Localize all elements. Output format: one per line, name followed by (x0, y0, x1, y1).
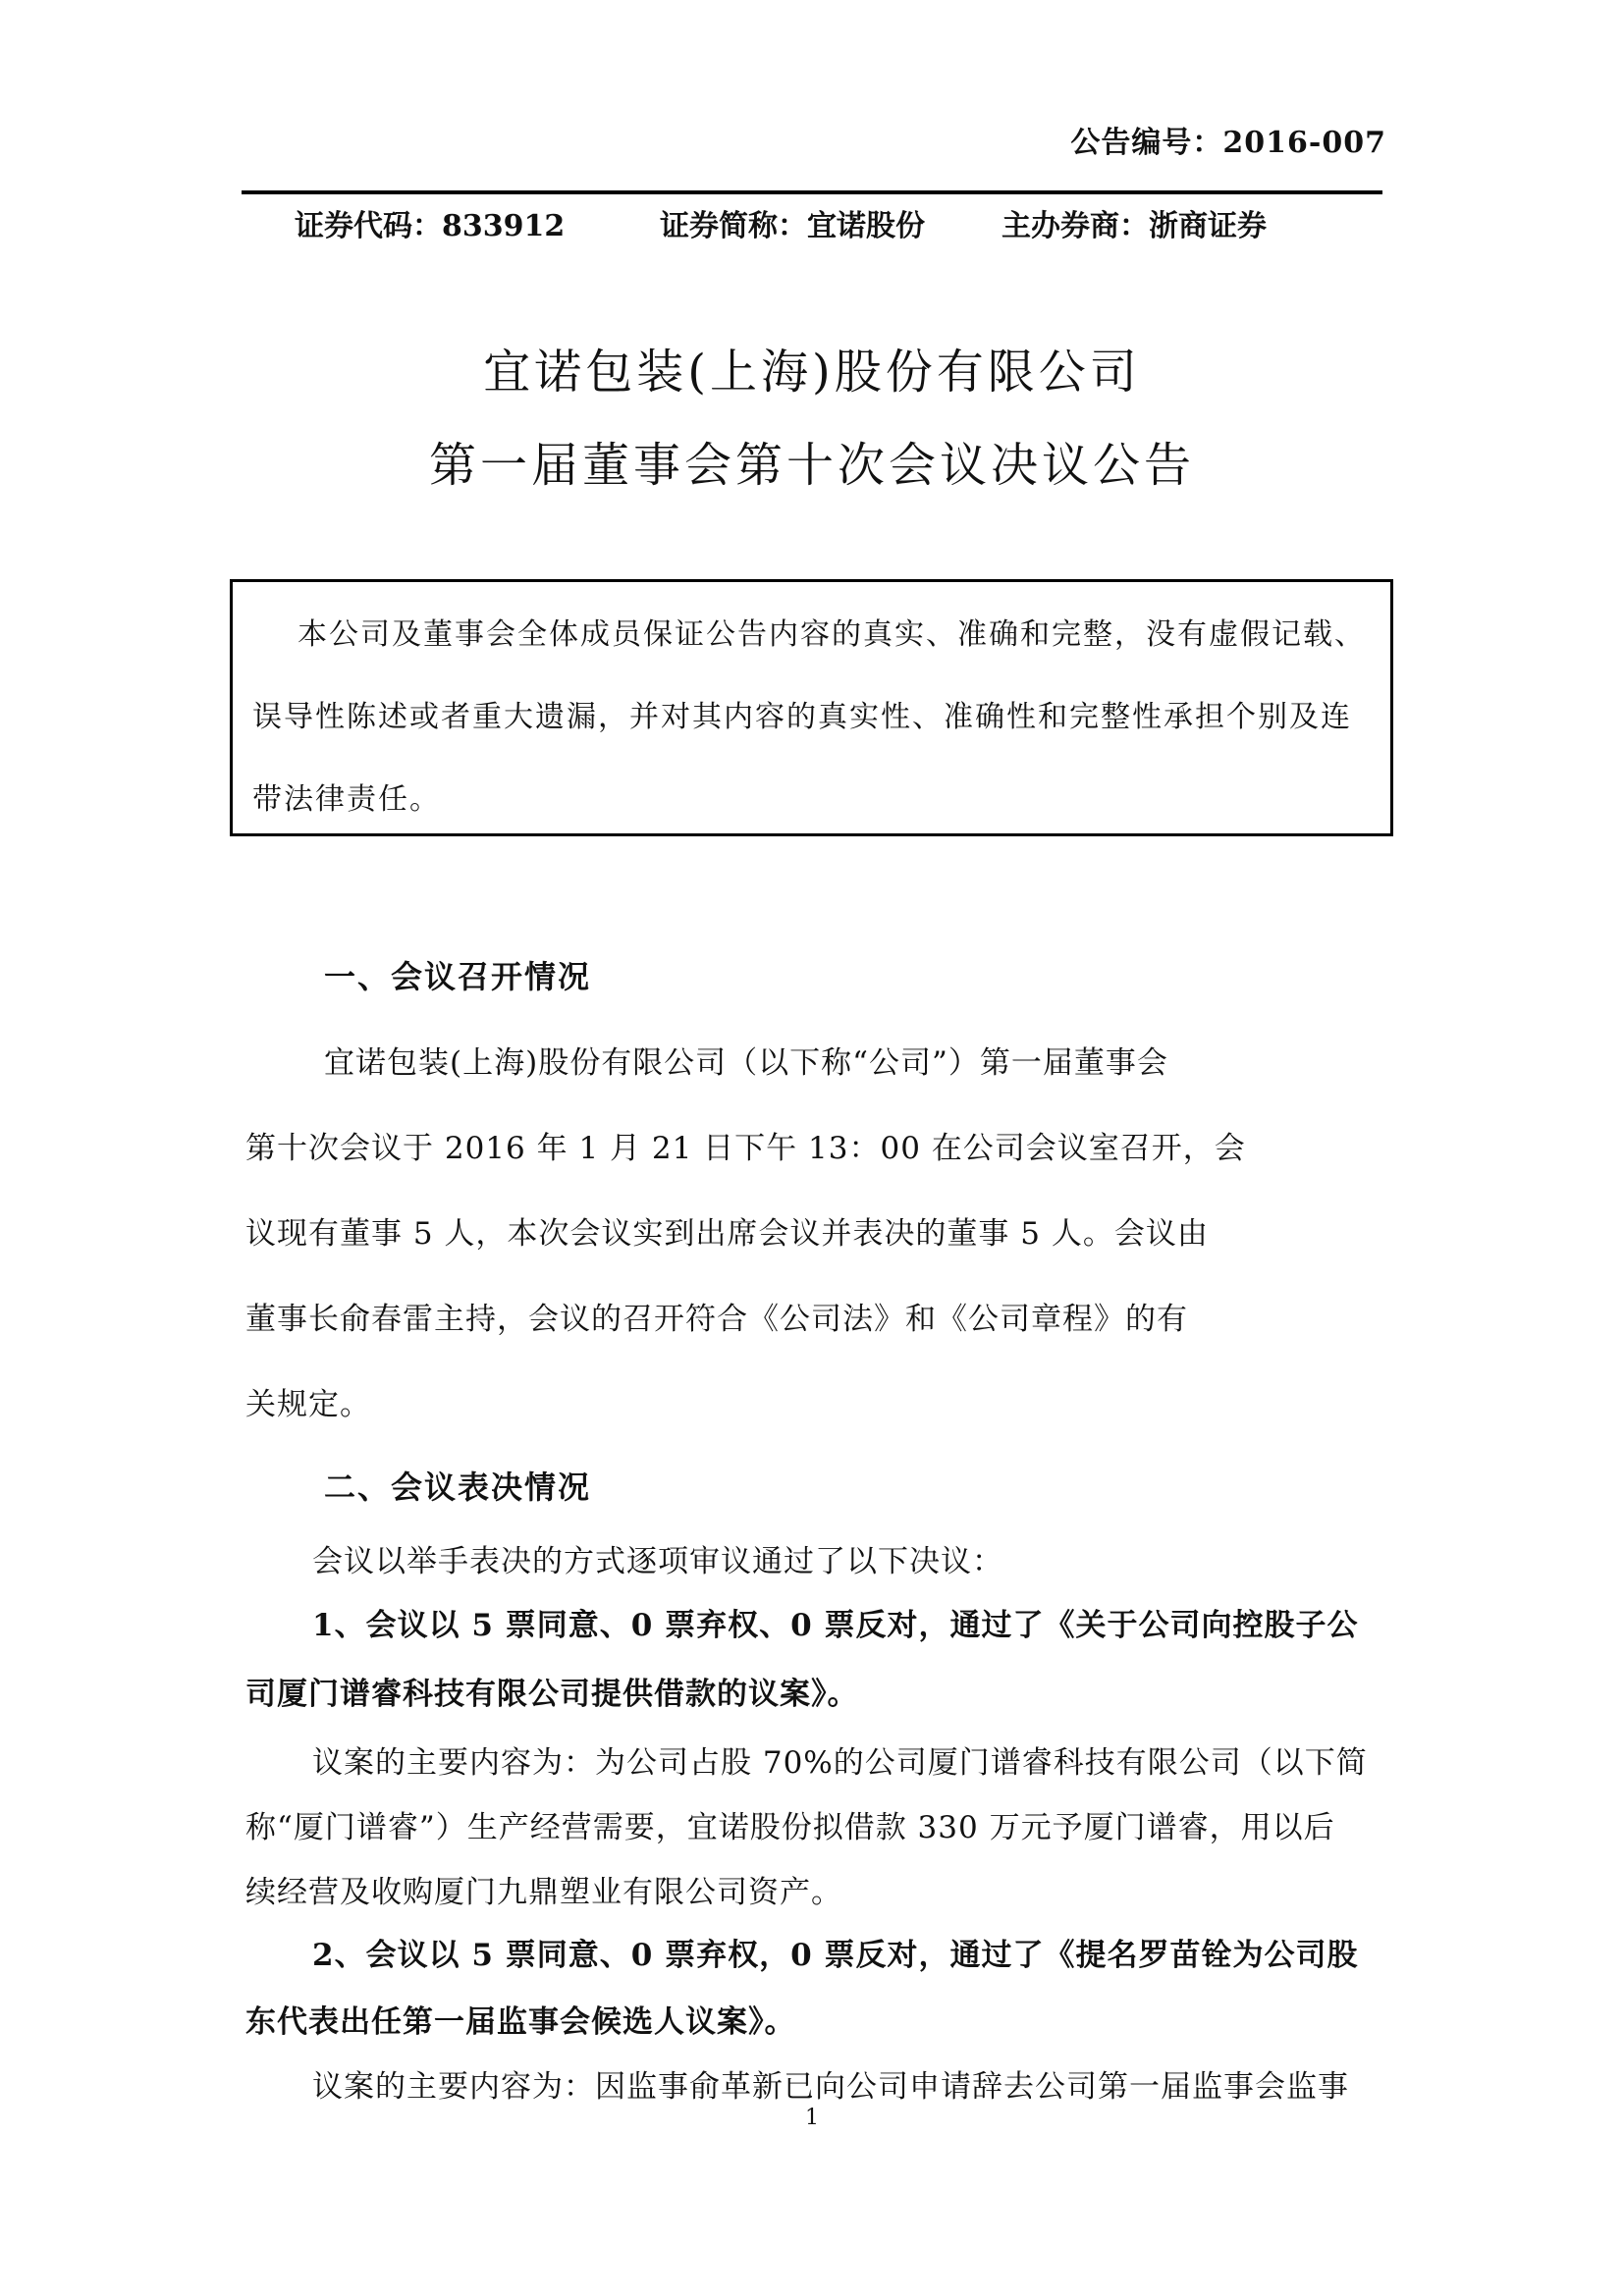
resolution-2-content: 议案的主要内容为：因监事俞革新已向公司申请辞去公司第一届监事会监事 (312, 2061, 1456, 2106)
paragraph-line: 关规定。 (245, 1379, 1389, 1423)
resolution-2-title: 2、会议以 5 票同意、0 票弃权，0 票反对，通过了《提名罗苗铨为公司股 (312, 1930, 1456, 1974)
resolution-2-title: 东代表出任第一届监事会候选人议案》。 (245, 1997, 1389, 2041)
announcement-number: 公告编号：2016-007 (1070, 118, 1386, 161)
disclaimer-line: 带法律责任。 (252, 774, 441, 818)
paragraph-line: 宜诺包装(上海)股份有限公司（以下称“公司”）第一届董事会 (324, 1038, 1468, 1082)
section-heading-meeting-convening: 一、会议召开情况 (324, 952, 591, 997)
resolution-1-content: 称“厦门谱睿”）生产经营需要，宜诺股份拟借款 330 万元予厦门谱睿，用以后 (245, 1802, 1389, 1846)
securities-short-name: 证券简称：宜诺股份 (660, 201, 925, 244)
document-title: 第一届董事会第十次会议决议公告 (0, 427, 1624, 495)
sponsor-broker: 主办券商：浙商证券 (1001, 201, 1267, 244)
disclaimer-box: 本公司及董事会全体成员保证公告内容的真实、准确和完整，没有虚假记载、 误导性陈述… (230, 579, 1393, 836)
resolution-1-title: 1、会议以 5 票同意、0 票弃权、0 票反对，通过了《关于公司向控股子公 (312, 1600, 1456, 1644)
paragraph-line: 议现有董事 5 人，本次会议实到出席会议并表决的董事 5 人。会议由 (245, 1208, 1389, 1253)
disclaimer-line: 本公司及董事会全体成员保证公告内容的真实、准确和完整，没有虚假记载、 (298, 610, 1366, 653)
securities-code: 证券代码：833912 (295, 201, 565, 244)
header-rule (242, 190, 1382, 194)
disclaimer-line: 误导性陈述或者重大遗漏，并对其内容的真实性、准确性和完整性承担个别及连 (252, 692, 1352, 735)
page-number: 1 (0, 2106, 1624, 2130)
resolution-1-title: 司厦门谱睿科技有限公司提供借款的议案》。 (245, 1669, 1389, 1713)
paragraph-line: 董事长俞春雷主持，会议的召开符合《公司法》和《公司章程》的有 (245, 1294, 1389, 1338)
resolution-1-content: 续经营及收购厦门九鼎塑业有限公司资产。 (245, 1867, 1389, 1911)
section-heading-voting: 二、会议表决情况 (324, 1463, 591, 1508)
resolution-1-content: 议案的主要内容为：为公司占股 70%的公司厦门谱睿科技有限公司（以下简 (312, 1737, 1456, 1782)
voting-intro: 会议以举手表决的方式逐项审议通过了以下决议： (312, 1536, 1456, 1580)
company-title: 宜诺包装(上海)股份有限公司 (0, 334, 1624, 401)
paragraph-line: 第十次会议于 2016 年 1 月 21 日下午 13：00 在公司会议室召开，… (245, 1123, 1389, 1167)
